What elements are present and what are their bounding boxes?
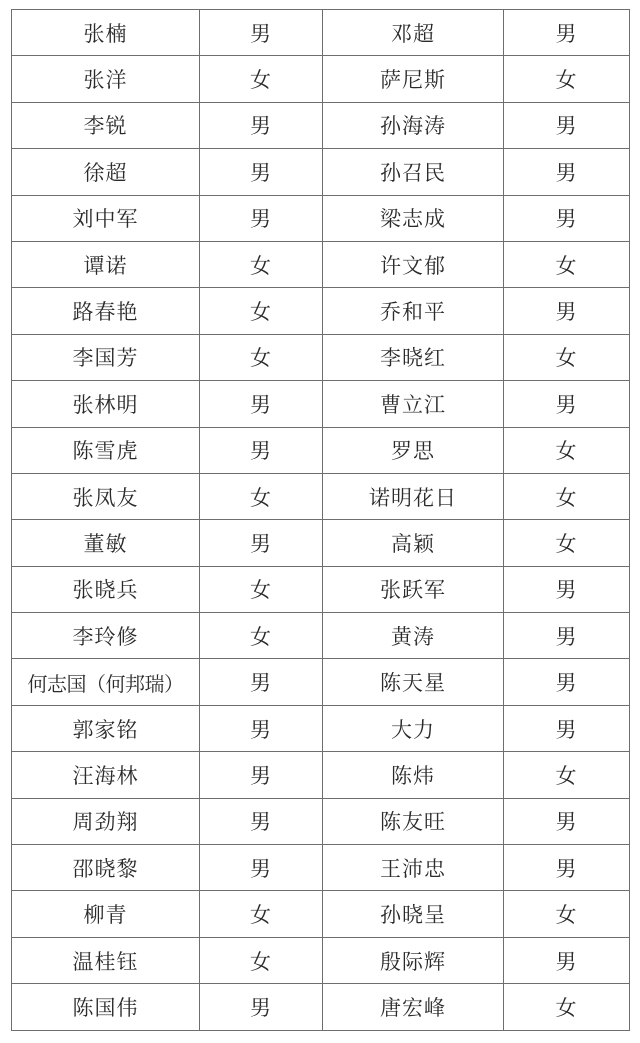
gender-right-cell: 女 [504, 891, 630, 937]
table-row: 路春艳 女 乔和平 男 [12, 288, 630, 334]
name-left-cell: 郭家铭 [12, 705, 200, 751]
name-left-cell: 何志国（何邦瑞） [12, 659, 200, 705]
table-row: 张凤友 女 诺明花日 女 [12, 473, 630, 519]
name-left-cell: 邵晓黎 [12, 845, 200, 891]
name-right-cell: 唐宏峰 [323, 984, 504, 1030]
name-left-cell: 李锐 [12, 102, 200, 148]
gender-left-cell: 女 [200, 56, 323, 102]
gender-right-cell: 男 [504, 566, 630, 612]
table-row: 张洋 女 萨尼斯 女 [12, 56, 630, 102]
gender-left-cell: 女 [200, 613, 323, 659]
gender-right-cell: 男 [504, 798, 630, 844]
name-left-cell: 徐超 [12, 149, 200, 195]
name-right-cell: 高颖 [323, 520, 504, 566]
name-right-cell: 萨尼斯 [323, 56, 504, 102]
name-left-cell: 李玲修 [12, 613, 200, 659]
gender-right-cell: 男 [504, 845, 630, 891]
table-row: 郭家铭 男 大力 男 [12, 705, 630, 751]
roster-table-body: 张楠 男 邓超 男 张洋 女 萨尼斯 女 李锐 男 孙海涛 男 徐超 男 孙召民… [12, 10, 630, 1031]
table-row: 陈国伟 男 唐宏峰 女 [12, 984, 630, 1030]
name-right-cell: 罗思 [323, 427, 504, 473]
roster-table: 张楠 男 邓超 男 张洋 女 萨尼斯 女 李锐 男 孙海涛 男 徐超 男 孙召民… [11, 9, 630, 1031]
gender-left-cell: 女 [200, 473, 323, 519]
name-left-cell: 陈国伟 [12, 984, 200, 1030]
gender-left-cell: 女 [200, 891, 323, 937]
name-left-cell: 李国芳 [12, 334, 200, 380]
name-left-cell: 谭诺 [12, 241, 200, 287]
gender-left-cell: 女 [200, 566, 323, 612]
table-row: 张楠 男 邓超 男 [12, 10, 630, 56]
name-left-cell: 张凤友 [12, 473, 200, 519]
name-right-cell: 陈炜 [323, 752, 504, 798]
name-right-cell: 大力 [323, 705, 504, 751]
gender-left-cell: 男 [200, 195, 323, 241]
gender-left-cell: 男 [200, 381, 323, 427]
table-row: 李国芳 女 李晓红 女 [12, 334, 630, 380]
table-row: 温桂钰 女 殷际辉 男 [12, 937, 630, 983]
gender-right-cell: 男 [504, 381, 630, 427]
name-right-cell: 许文郁 [323, 241, 504, 287]
table-row: 徐超 男 孙召民 男 [12, 149, 630, 195]
name-left-cell: 张林明 [12, 381, 200, 427]
gender-left-cell: 男 [200, 10, 323, 56]
name-left-cell: 温桂钰 [12, 937, 200, 983]
table-row: 李玲修 女 黄涛 男 [12, 613, 630, 659]
gender-right-cell: 女 [504, 334, 630, 380]
name-right-cell: 张跃军 [323, 566, 504, 612]
gender-right-cell: 男 [504, 149, 630, 195]
name-right-cell: 孙海涛 [323, 102, 504, 148]
name-right-cell: 孙晓呈 [323, 891, 504, 937]
gender-right-cell: 男 [504, 195, 630, 241]
name-right-cell: 曹立江 [323, 381, 504, 427]
gender-right-cell: 女 [504, 241, 630, 287]
table-row: 李锐 男 孙海涛 男 [12, 102, 630, 148]
name-right-cell: 黄涛 [323, 613, 504, 659]
gender-right-cell: 男 [504, 10, 630, 56]
name-right-cell: 殷际辉 [323, 937, 504, 983]
table-row: 汪海林 男 陈炜 女 [12, 752, 630, 798]
name-right-cell: 孙召民 [323, 149, 504, 195]
name-left-cell: 刘中军 [12, 195, 200, 241]
name-left-cell: 汪海林 [12, 752, 200, 798]
gender-left-cell: 女 [200, 288, 323, 334]
gender-left-cell: 男 [200, 102, 323, 148]
name-left-cell: 周劲翔 [12, 798, 200, 844]
table-row: 周劲翔 男 陈友旺 男 [12, 798, 630, 844]
name-right-cell: 陈天星 [323, 659, 504, 705]
gender-left-cell: 男 [200, 659, 323, 705]
gender-left-cell: 男 [200, 752, 323, 798]
gender-right-cell: 女 [504, 427, 630, 473]
gender-right-cell: 女 [504, 984, 630, 1030]
table-row: 张林明 男 曹立江 男 [12, 381, 630, 427]
gender-left-cell: 女 [200, 937, 323, 983]
table-row: 谭诺 女 许文郁 女 [12, 241, 630, 287]
name-right-cell: 王沛忠 [323, 845, 504, 891]
gender-left-cell: 男 [200, 149, 323, 195]
name-right-cell: 邓超 [323, 10, 504, 56]
table-row: 邵晓黎 男 王沛忠 男 [12, 845, 630, 891]
table-row: 陈雪虎 男 罗思 女 [12, 427, 630, 473]
table-row: 刘中军 男 梁志成 男 [12, 195, 630, 241]
gender-right-cell: 男 [504, 288, 630, 334]
gender-right-cell: 男 [504, 102, 630, 148]
gender-left-cell: 女 [200, 334, 323, 380]
table-row: 何志国（何邦瑞） 男 陈天星 男 [12, 659, 630, 705]
gender-right-cell: 女 [504, 56, 630, 102]
name-left-cell: 董敏 [12, 520, 200, 566]
gender-left-cell: 男 [200, 798, 323, 844]
gender-left-cell: 男 [200, 845, 323, 891]
name-left-cell: 柳青 [12, 891, 200, 937]
name-right-cell: 陈友旺 [323, 798, 504, 844]
name-left-cell: 张晓兵 [12, 566, 200, 612]
gender-left-cell: 男 [200, 427, 323, 473]
gender-right-cell: 男 [504, 613, 630, 659]
gender-right-cell: 女 [504, 520, 630, 566]
name-left-cell: 陈雪虎 [12, 427, 200, 473]
name-left-cell: 张洋 [12, 56, 200, 102]
name-right-cell: 李晓红 [323, 334, 504, 380]
gender-left-cell: 男 [200, 984, 323, 1030]
table-row: 柳青 女 孙晓呈 女 [12, 891, 630, 937]
gender-left-cell: 男 [200, 520, 323, 566]
gender-left-cell: 男 [200, 705, 323, 751]
gender-right-cell: 女 [504, 473, 630, 519]
name-left-cell: 张楠 [12, 10, 200, 56]
gender-right-cell: 男 [504, 659, 630, 705]
name-right-cell: 诺明花日 [323, 473, 504, 519]
gender-left-cell: 女 [200, 241, 323, 287]
gender-right-cell: 男 [504, 705, 630, 751]
table-row: 张晓兵 女 张跃军 男 [12, 566, 630, 612]
table-row: 董敏 男 高颖 女 [12, 520, 630, 566]
gender-right-cell: 男 [504, 937, 630, 983]
gender-right-cell: 女 [504, 752, 630, 798]
name-right-cell: 乔和平 [323, 288, 504, 334]
name-right-cell: 梁志成 [323, 195, 504, 241]
name-left-cell: 路春艳 [12, 288, 200, 334]
